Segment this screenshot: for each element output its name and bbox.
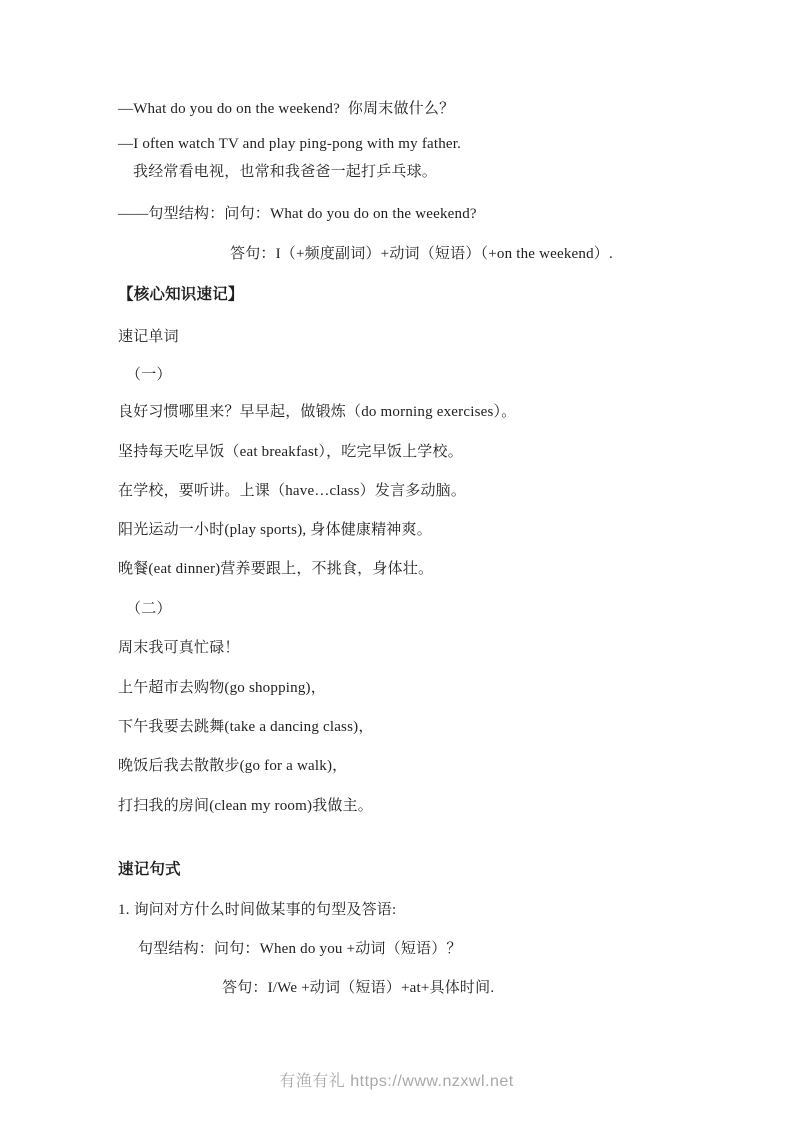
dialogue-answer-en-line: —I often watch TV and play ping-pong wit… xyxy=(118,134,461,154)
part1-line: 晚餐(eat dinner)营养要跟上，不挑食，身体壮。 xyxy=(118,559,433,579)
document-page: —What do you do on the weekend? 你周末做什么？ … xyxy=(0,0,793,1122)
part2-line: 晚饭后我去散散步(go for a walk)， xyxy=(118,756,347,776)
part1-line: 在学校，要听讲。上课（have…class）发言多动脑。 xyxy=(118,481,466,501)
sentence-section-heading: 速记句式 xyxy=(118,860,181,880)
part2-line: 上午超市去购物(go shopping)， xyxy=(118,678,326,698)
part1-label: （一） xyxy=(126,365,172,385)
footer-watermark: 有渔有礼 https://www.nzxwl.net xyxy=(0,1068,793,1091)
sentence-item1-pattern: 句型结构：问句：When do you +动词（短语）？ xyxy=(138,939,462,959)
part1-line: 坚持每天吃早饭（eat breakfast），吃完早饭上学校。 xyxy=(118,442,463,462)
part2-line: 周末我可真忙碌！ xyxy=(118,638,240,658)
pattern-question-line: ——句型结构：问句：What do you do on the weekend? xyxy=(118,204,477,224)
part2-line: 打扫我的房间(clean my room)我做主。 xyxy=(118,796,373,816)
core-section-heading: 【核心知识速记】 xyxy=(118,285,244,305)
core-section-subheading: 速记单词 xyxy=(118,327,179,347)
sentence-item1-title: 1. 询问对方什么时间做某事的句型及答语: xyxy=(118,900,396,920)
pattern-answer-line: 答句：I（+频度副词）+动词（短语）（+on the weekend）. xyxy=(230,244,613,264)
dialogue-answer-zh-line: 我经常看电视，也常和我爸爸一起打乒乓球。 xyxy=(133,162,437,182)
dialogue-question-line: —What do you do on the weekend? 你周末做什么？ xyxy=(118,99,454,119)
part1-line: 阳光运动一小时(play sports), 身体健康精神爽。 xyxy=(118,520,432,540)
part2-line: 下午我要去跳舞(take a dancing class)， xyxy=(118,717,374,737)
sentence-item1-answer: 答句：I/We +动词（短语）+at+具体时间. xyxy=(222,978,494,998)
part2-label: （二） xyxy=(126,599,172,619)
part1-line: 良好习惯哪里来？早早起，做锻炼（do morning exercises）。 xyxy=(118,402,516,422)
